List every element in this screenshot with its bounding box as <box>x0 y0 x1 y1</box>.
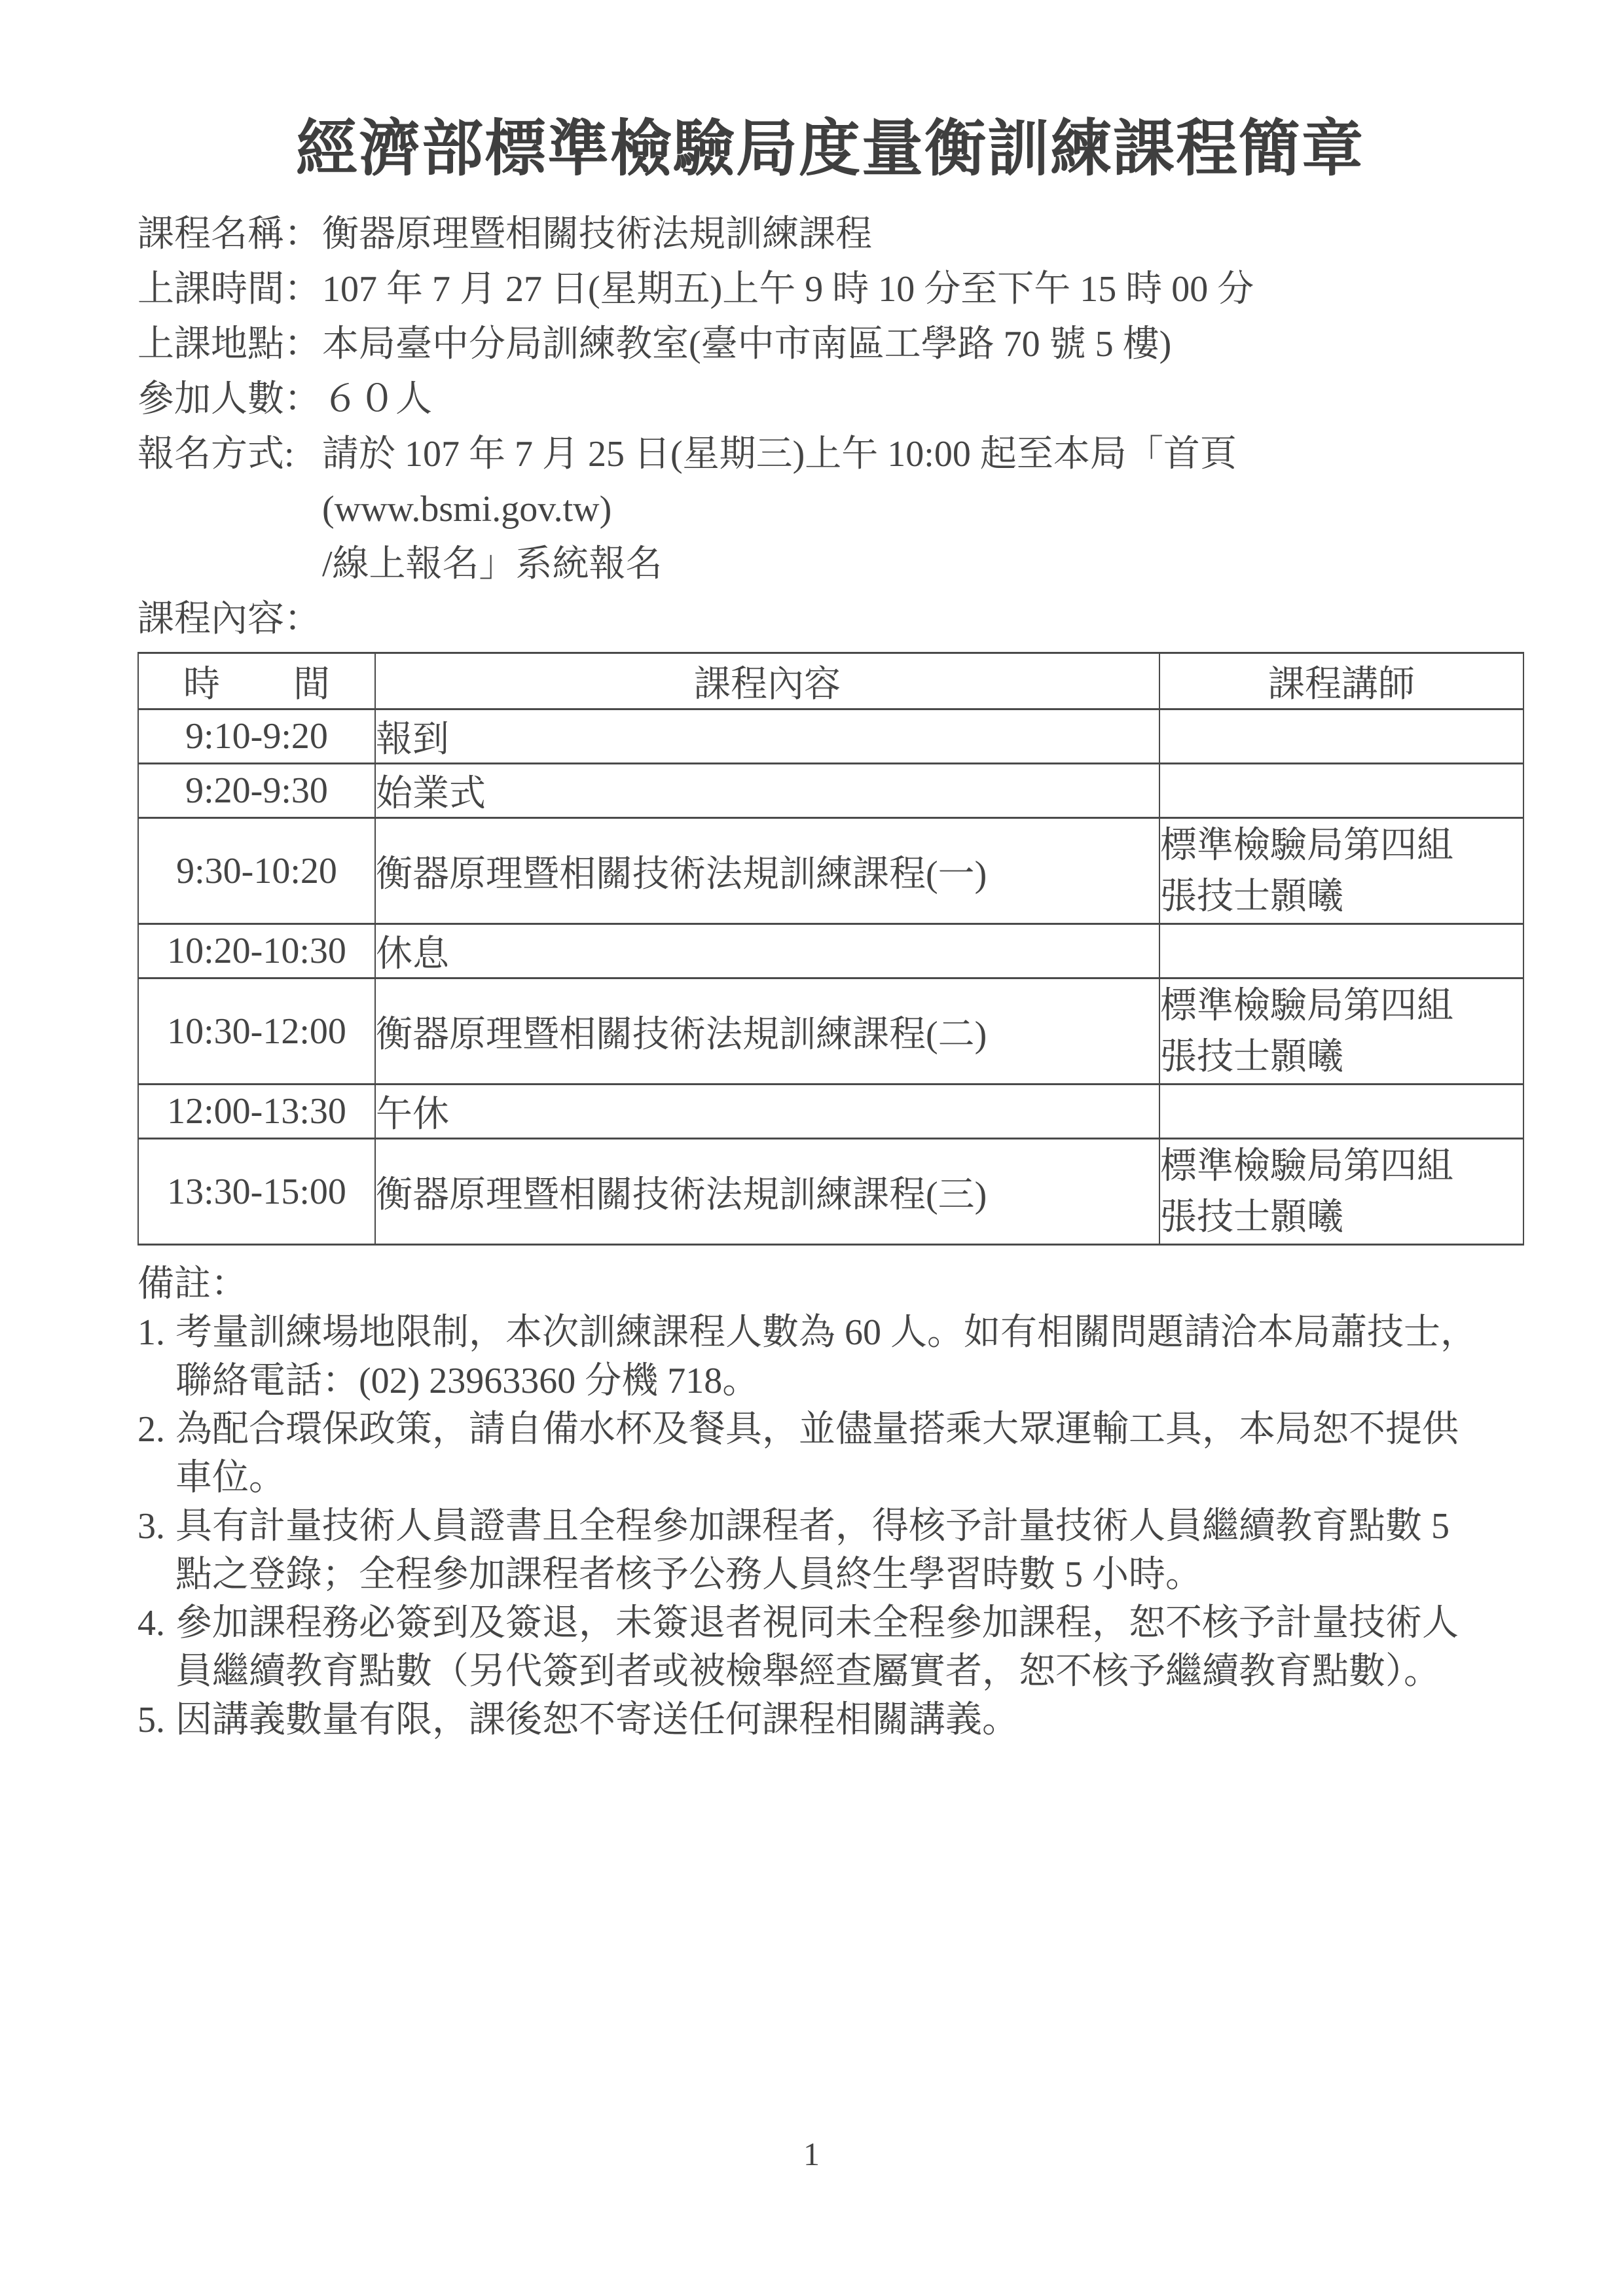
notes-section-label: 備註： <box>137 1260 1523 1308</box>
info-line-course-name: 課程名稱： 衡器原理暨相關技術法規訓練課程 <box>137 207 1523 262</box>
header-content: 課程內容 <box>375 653 1159 709</box>
info-value: 衡器原理暨相關技術法規訓練課程 <box>322 207 872 262</box>
time-cell: 9:10-9:20 <box>138 709 375 764</box>
table-section-label: 課程內容： <box>137 592 1523 647</box>
content-cell: 休息 <box>375 924 1159 978</box>
content-cell: 報到 <box>375 709 1159 764</box>
note-item: 2. 為配合環保政策，請自備水杯及餐具，並儘量搭乘大眾運輸工具，本局恕不提供 車… <box>137 1405 1523 1502</box>
info-label: 上課時間： <box>137 262 322 317</box>
info-label: 參加人數： <box>137 372 322 427</box>
table-row: 12:00-13:30 午休 <box>138 1085 1523 1139</box>
instructor-cell: 標準檢驗局第四組 張技士顥曦 <box>1159 1139 1523 1245</box>
note-item: 4. 參加課程務必簽到及簽退，未簽退者視同未全程參加課程，恕不核予計量技術人 員… <box>137 1599 1523 1696</box>
instructor-cell <box>1159 924 1523 978</box>
instructor-cell <box>1159 764 1523 818</box>
course-info-block: 課程名稱： 衡器原理暨相關技術法規訓練課程 上課時間： 107 年 7 月 27… <box>137 207 1523 592</box>
table-header-row: 時 間 課程內容 課程講師 <box>138 653 1523 709</box>
note-number: 5. <box>137 1696 175 1744</box>
note-number: 3. <box>137 1502 175 1551</box>
info-line-class-location: 上課地點： 本局臺中分局訓練教室(臺中市南區工學路 70 號 5 樓) <box>137 317 1523 372</box>
content-cell: 衡器原理暨相關技術法規訓練課程(一) <box>375 818 1159 924</box>
table-row: 10:20-10:30 休息 <box>138 924 1523 978</box>
content-cell: 衡器原理暨相關技術法規訓練課程(三) <box>375 1139 1159 1245</box>
note-text: 考量訓練場地限制，本次訓練課程人數為 60 人。如有相關問題請洽本局蕭技士， 聯… <box>175 1308 1477 1405</box>
schedule-table: 時 間 課程內容 課程講師 9:10-9:20 報到 9:20-9:30 始業式… <box>137 652 1524 1246</box>
instructor-cell <box>1159 1085 1523 1139</box>
instructor-cell <box>1159 709 1523 764</box>
page-title: 經濟部標準檢驗局度量衡訓練課程簡章 <box>137 110 1523 188</box>
info-value: 本局臺中分局訓練教室(臺中市南區工學路 70 號 5 樓) <box>322 317 1171 372</box>
note-number: 1. <box>137 1308 175 1357</box>
note-number: 4. <box>137 1599 175 1647</box>
document-page: 經濟部標準檢驗局度量衡訓練課程簡章 課程名稱： 衡器原理暨相關技術法規訓練課程 … <box>0 0 1623 2296</box>
table-row: 9:10-9:20 報到 <box>138 709 1523 764</box>
content-cell: 始業式 <box>375 764 1159 818</box>
document-content: 經濟部標準檢驗局度量衡訓練課程簡章 課程名稱： 衡器原理暨相關技術法規訓練課程 … <box>137 110 1523 1744</box>
page-number: 1 <box>0 2135 1623 2173</box>
note-text: 因講義數量有限，課後恕不寄送任何課程相關講義。 <box>175 1696 1019 1744</box>
info-value: 107 年 7 月 27 日(星期五)上午 9 時 10 分至下午 15 時 0… <box>322 262 1254 317</box>
table-row: 9:30-10:20 衡器原理暨相關技術法規訓練課程(一) 標準檢驗局第四組 張… <box>138 818 1523 924</box>
note-item: 3. 具有計量技術人員證書且全程參加課程者，得核予計量技術人員繼續教育點數 5 … <box>137 1502 1523 1599</box>
info-label: 上課地點： <box>137 317 322 372</box>
time-cell: 9:20-9:30 <box>138 764 375 818</box>
content-cell: 午休 <box>375 1085 1159 1139</box>
content-cell: 衡器原理暨相關技術法規訓練課程(二) <box>375 978 1159 1085</box>
info-line-participants: 參加人數： ６０人 <box>137 372 1523 427</box>
note-text: 具有計量技術人員證書且全程參加課程者，得核予計量技術人員繼續教育點數 5 點之登… <box>175 1502 1450 1599</box>
note-text: 參加課程務必簽到及簽退，未簽退者視同未全程參加課程，恕不核予計量技術人 員繼續教… <box>175 1599 1459 1696</box>
note-number: 2. <box>137 1405 175 1454</box>
instructor-cell: 標準檢驗局第四組 張技士顥曦 <box>1159 818 1523 924</box>
header-instructor: 課程講師 <box>1159 653 1523 709</box>
table-row: 13:30-15:00 衡器原理暨相關技術法規訓練課程(三) 標準檢驗局第四組 … <box>138 1139 1523 1245</box>
time-cell: 10:30-12:00 <box>138 978 375 1085</box>
header-time: 時 間 <box>138 653 375 709</box>
table-row: 10:30-12:00 衡器原理暨相關技術法規訓練課程(二) 標準檢驗局第四組 … <box>138 978 1523 1085</box>
info-value: ６０人 <box>322 372 432 427</box>
instructor-cell: 標準檢驗局第四組 張技士顥曦 <box>1159 978 1523 1085</box>
info-line-class-time: 上課時間： 107 年 7 月 27 日(星期五)上午 9 時 10 分至下午 … <box>137 262 1523 317</box>
info-value: 請於 107 年 7 月 25 日(星期三)上午 10:00 起至本局「首頁(w… <box>322 427 1523 592</box>
info-line-registration: 報名方式: 請於 107 年 7 月 25 日(星期三)上午 10:00 起至本… <box>137 427 1523 592</box>
note-text: 為配合環保政策，請自備水杯及餐具，並儘量搭乘大眾運輸工具，本局恕不提供 車位。 <box>175 1405 1459 1502</box>
info-label: 報名方式: <box>137 427 322 482</box>
time-cell: 9:30-10:20 <box>138 818 375 924</box>
time-cell: 13:30-15:00 <box>138 1139 375 1245</box>
time-cell: 12:00-13:30 <box>138 1085 375 1139</box>
note-item: 5. 因講義數量有限，課後恕不寄送任何課程相關講義。 <box>137 1696 1523 1744</box>
notes-list: 1. 考量訓練場地限制，本次訓練課程人數為 60 人。如有相關問題請洽本局蕭技士… <box>137 1308 1523 1744</box>
table-row: 9:20-9:30 始業式 <box>138 764 1523 818</box>
note-item: 1. 考量訓練場地限制，本次訓練課程人數為 60 人。如有相關問題請洽本局蕭技士… <box>137 1308 1523 1405</box>
time-cell: 10:20-10:30 <box>138 924 375 978</box>
info-label: 課程名稱： <box>137 207 322 262</box>
